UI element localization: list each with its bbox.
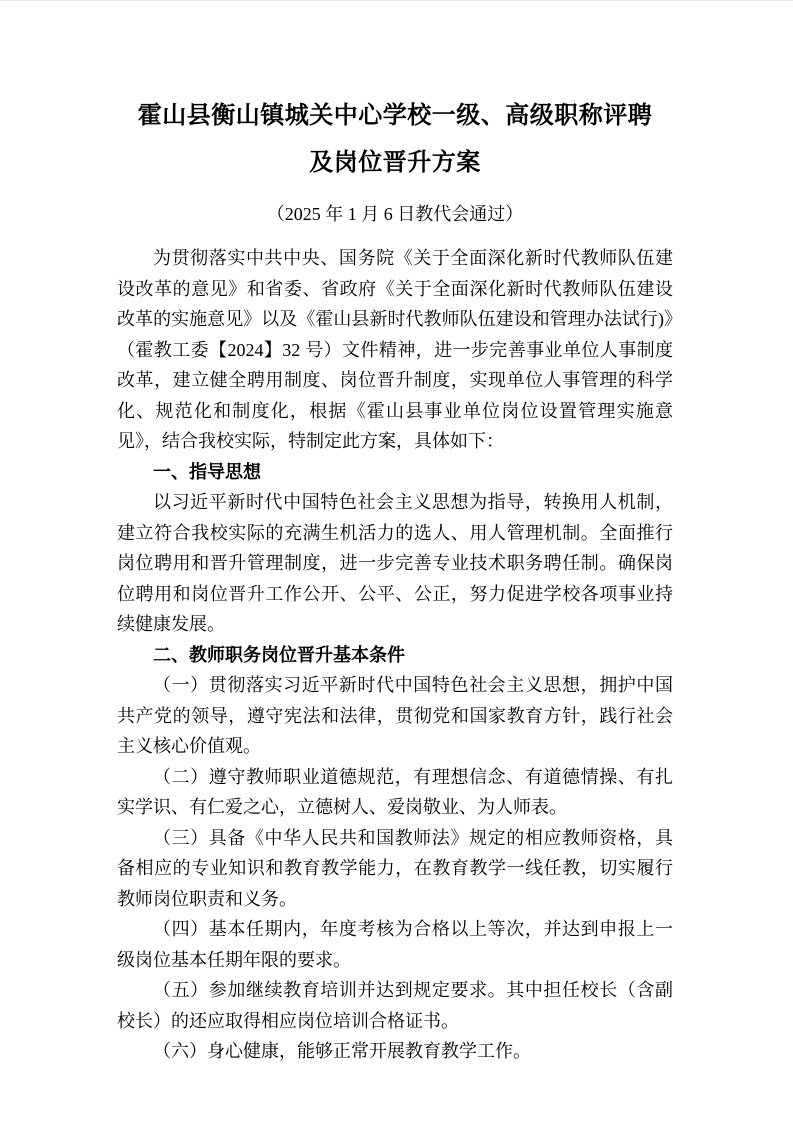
document-body: 为贯彻落实中共中央、国务院《关于全面深化新时代教师队伍建设改革的意见》和省委、省… (117, 243, 673, 1067)
document-content: 霍山县衡山镇城关中心学校一级、高级职称评聘 及岗位晋升方案 （2025 年 1 … (117, 93, 673, 1067)
approval-date-line: （2025 年 1 月 6 日教代会通过） (117, 199, 673, 229)
section-heading-2-basic-conditions: 二、教师职务岗位晋升基本条件 (117, 640, 673, 671)
condition-item-3: （三）具备《中华人民共和国教师法》规定的相应教师资格，具备相应的专业知识和教育教… (117, 823, 673, 915)
condition-item-5: （五）参加继续教育培训并达到规定要求。其中担任校长（含副校长）的还应取得相应岗位… (117, 975, 673, 1036)
document-title: 霍山县衡山镇城关中心学校一级、高级职称评聘 及岗位晋升方案 (117, 93, 673, 187)
condition-item-2: （二）遵守教师职业道德规范，有理想信念、有道德情操、有扎实学识、有仁爱之心，立德… (117, 762, 673, 823)
condition-item-6: （六）身心健康，能够正常开展教育教学工作。 (117, 1036, 673, 1067)
section-heading-1-guiding-ideology: 一、指导思想 (117, 457, 673, 488)
condition-item-1: （一）贯彻落实习近平新时代中国特色社会主义思想，拥护中国共产党的领导，遵守宪法和… (117, 670, 673, 762)
condition-item-4: （四）基本任期内，年度考核为合格以上等次，并达到申报上一级岗位基本任期年限的要求… (117, 914, 673, 975)
document-page: 霍山县衡山镇城关中心学校一级、高级职称评聘 及岗位晋升方案 （2025 年 1 … (0, 0, 793, 1122)
document-title-line-2: 及岗位晋升方案 (117, 140, 673, 187)
document-title-line-1: 霍山县衡山镇城关中心学校一级、高级职称评聘 (117, 93, 673, 140)
paragraph-preamble: 为贯彻落实中共中央、国务院《关于全面深化新时代教师队伍建设改革的意见》和省委、省… (117, 243, 673, 457)
paragraph-guiding-ideology: 以习近平新时代中国特色社会主义思想为指导，转换用人机制，建立符合我校实际的充满生… (117, 487, 673, 640)
